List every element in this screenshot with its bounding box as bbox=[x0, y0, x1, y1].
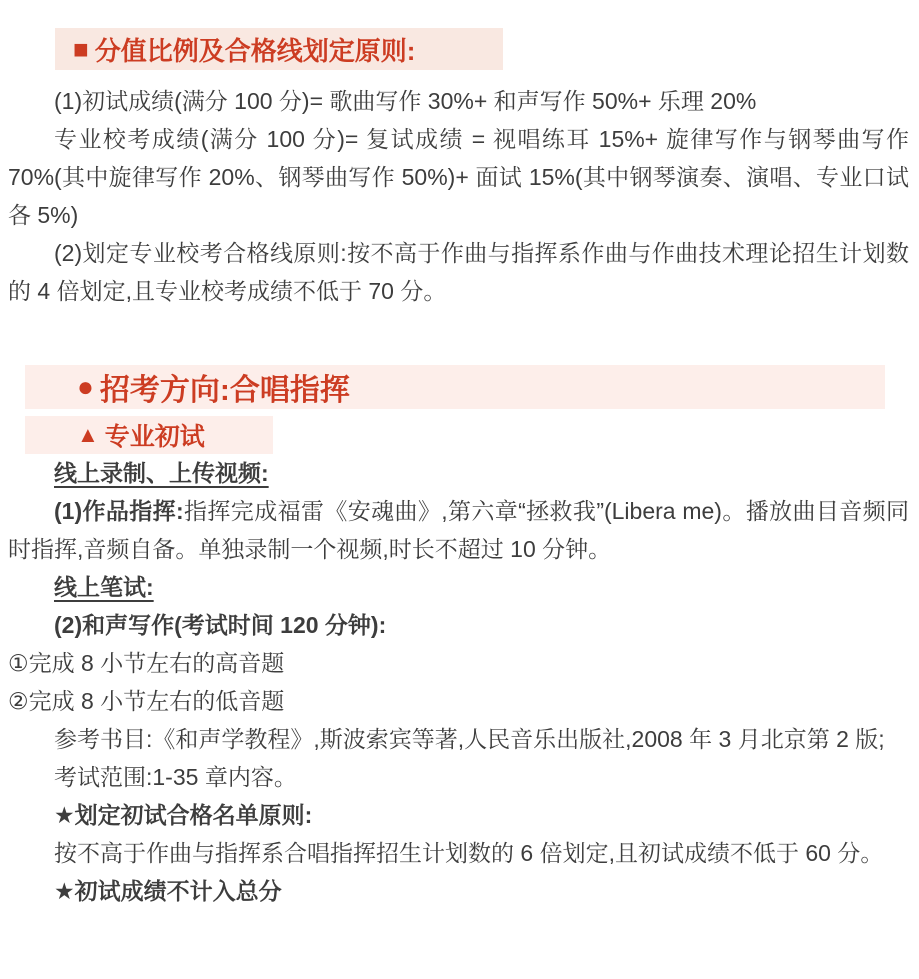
pass-list-heading-label: 划定初试合格名单原则: bbox=[75, 802, 313, 828]
work-conducting-lead: (1)作品指挥: bbox=[54, 498, 184, 524]
paragraph-reference-books: 参考书目:《和声学教程》,斯波索宾等著,人民音乐出版社,2008 年 3 月北京… bbox=[8, 720, 909, 758]
star-icon: ★ bbox=[54, 878, 75, 904]
star-icon: ★ bbox=[54, 802, 75, 828]
online-recording-label: 线上录制、上传视频: bbox=[54, 460, 269, 486]
online-written-label: 线上笔试: bbox=[54, 574, 154, 600]
paragraph-pass-list-body: 按不高于作曲与指挥系合唱指挥招生计划数的 6 倍划定,且初试成绩不低于 60 分… bbox=[8, 834, 909, 872]
score-ratio-body: (1)初试成绩(满分 100 分)= 歌曲写作 30%+ 和声写作 50%+ 乐… bbox=[0, 82, 919, 310]
harmony-item-treble: ①完成 8 小节左右的高音题 bbox=[8, 644, 909, 682]
harmony-item-bass: ②完成 8 小节左右的低音题 bbox=[8, 682, 909, 720]
triangle-bullet-icon: ▲ bbox=[77, 424, 99, 446]
paragraph-note-not-counted: ★初试成绩不计入总分 bbox=[8, 872, 909, 910]
square-bullet-icon: ■ bbox=[73, 36, 89, 62]
section-heading-score-ratio: ■ 分值比例及合格线划定原则: bbox=[55, 28, 503, 70]
circle-bullet-icon: ● bbox=[77, 373, 94, 401]
choir-conducting-body: 线上录制、上传视频: (1)作品指挥:指挥完成福雷《安魂曲》,第六章“拯救我”(… bbox=[0, 454, 919, 910]
paragraph-passing-line-rule: (2)划定专业校考合格线原则:按不高于作曲与指挥系作曲与作曲技术理论招生计划数的… bbox=[8, 234, 909, 310]
paragraph-initial-exam-score: (1)初试成绩(满分 100 分)= 歌曲写作 30%+ 和声写作 50%+ 乐… bbox=[8, 82, 909, 120]
paragraph-work-conducting: (1)作品指挥:指挥完成福雷《安魂曲》,第六章“拯救我”(Libera me)。… bbox=[8, 492, 909, 568]
subsection-heading-preliminary-exam-label: 专业初试 bbox=[105, 417, 205, 453]
subsection-heading-preliminary-exam: ▲ 专业初试 bbox=[25, 416, 273, 454]
section-heading-choir-conducting: ● 招考方向:合唱指挥 bbox=[25, 365, 885, 409]
online-written-label-line: 线上笔试: bbox=[8, 568, 909, 606]
paragraph-exam-scope: 考试范围:1-35 章内容。 bbox=[8, 758, 909, 796]
section-heading-score-ratio-label: 分值比例及合格线划定原则: bbox=[95, 31, 416, 68]
paragraph-school-exam-score: 专业校考成绩(满分 100 分)= 复试成绩 = 视唱练耳 15%+ 旋律写作与… bbox=[8, 120, 909, 234]
section-heading-choir-conducting-label: 招考方向:合唱指挥 bbox=[100, 365, 350, 409]
paragraph-pass-list-heading: ★划定初试合格名单原则: bbox=[8, 796, 909, 834]
paragraph-harmony-writing-heading: (2)和声写作(考试时间 120 分钟): bbox=[8, 606, 909, 644]
online-recording-label-line: 线上录制、上传视频: bbox=[8, 454, 909, 492]
document-page: ■ 分值比例及合格线划定原则: (1)初试成绩(满分 100 分)= 歌曲写作 … bbox=[0, 0, 919, 979]
note-not-counted-label: 初试成绩不计入总分 bbox=[75, 878, 282, 904]
